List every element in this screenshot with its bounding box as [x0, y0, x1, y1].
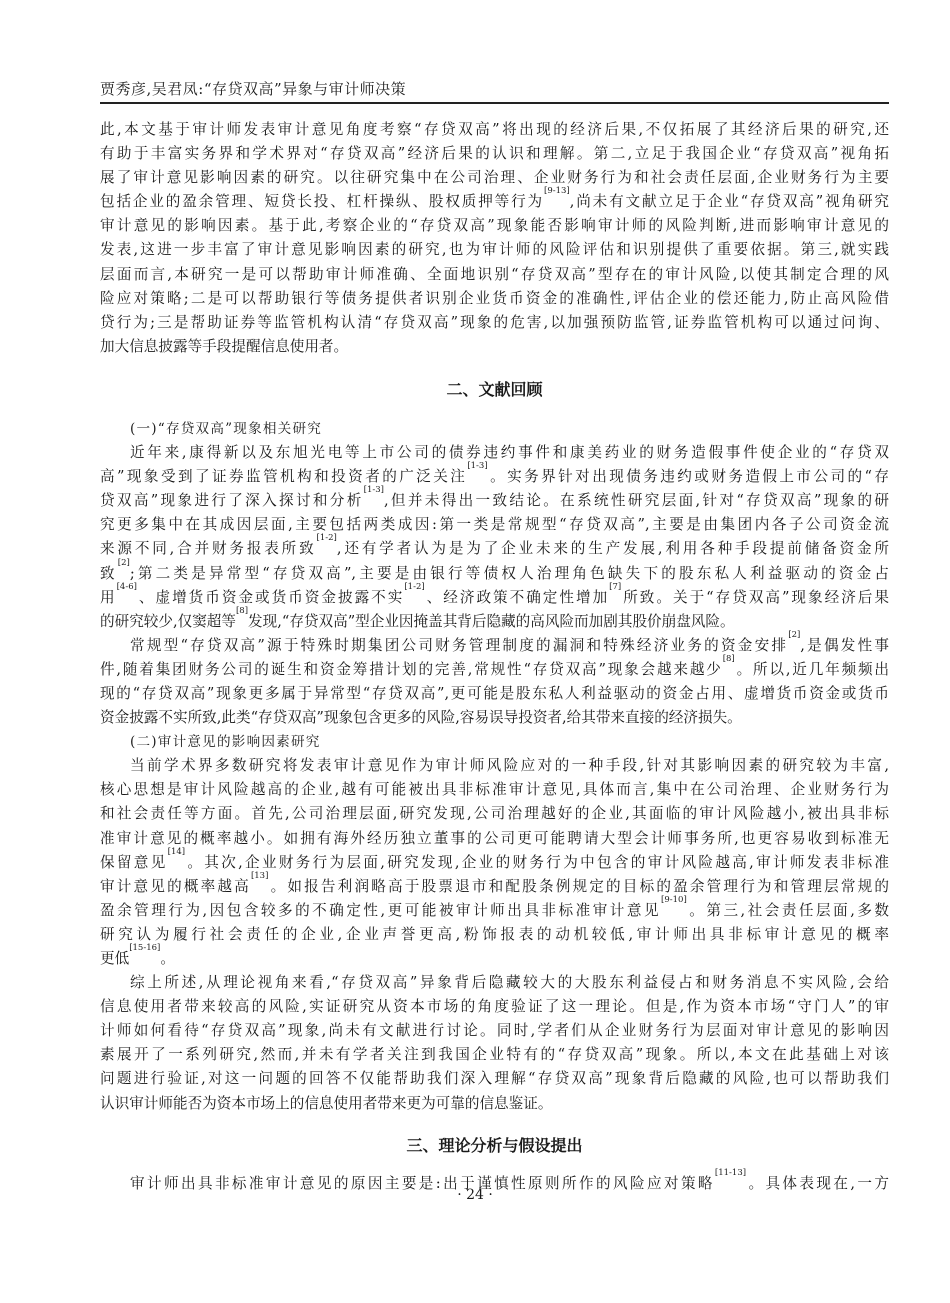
text-line: 核心思想是审计风险越高的企业,越有可能被出具非标准审计意见,具体而言,集中在公司…	[100, 778, 889, 802]
text-line: 研究认为履行社会责任的企业,企业声誉更高,粉饰报表的动机较低,审计师出具非标审计…	[100, 923, 889, 947]
text-line: 究更多集中在其成因层面,主要包括两类成因:第一类是常规型“存贷双高”,主要是由集…	[100, 513, 889, 537]
citation: [8]	[236, 606, 248, 616]
citation: [2]	[118, 558, 130, 568]
citation: [7]	[609, 582, 621, 592]
citation: [13]	[251, 871, 268, 881]
text-line: 包括企业的盈余管理、短贷长投、杠杆操纵、股权质押等行为[9-13],尚未有文献立…	[100, 190, 889, 214]
citation: [2]	[788, 630, 800, 640]
citation: [4-6]	[117, 582, 137, 592]
text-line: 近年来,康得新以及东旭光电等上市公司的债券违约事件和康美药业的财务造假事件使企业…	[100, 441, 889, 465]
text-line: 的研究较少,仅窦超等[8]发现,“存贷双高”型企业因掩盖其背后隐藏的高风险而加剧…	[100, 610, 889, 634]
text-line: 综上所述,从理论视角来看,“存贷双高”异象背后隐藏较大的大股东利益侵占和财务消息…	[100, 971, 889, 995]
section-heading-theory-hypotheses: 三、理论分析与假设提出	[100, 1134, 889, 1158]
text-line: 来源不同,合并财务报表所致[1-2],还有学者认为是为了企业未来的生产发展,利用…	[100, 537, 889, 561]
text-line: 当前学术界多数研究将发表审计意见作为审计师风险应对的一种手段,针对其影响因素的研…	[100, 754, 889, 778]
citation: [1-3]	[467, 461, 487, 471]
paragraph-conventional-type: 常规型“存贷双高”源于特殊时期集团公司财务管理制度的漏洞和特殊经济业务的资金安排…	[100, 634, 889, 730]
text-line: 展了审计意见影响因素的研究。以往研究集中在公司治理、企业财务行为和社会责任层面,…	[100, 166, 889, 190]
text-line: 盈余管理行为,因包含较多的不确定性,更可能被审计师出具非标准审计意见[9-10]…	[100, 899, 889, 923]
text-line: 计师如何看待“存贷双高”现象,尚未有文献进行讨论。同时,学者们从企业财务行为层面…	[100, 1019, 889, 1043]
text-line: 险应对策略;二是可以帮助银行等债务提供者识别企业货币资金的准确性,评估企业的偿还…	[100, 287, 889, 311]
header-rule	[100, 102, 889, 104]
citation: [11-13]	[715, 1168, 746, 1178]
text-line: 更低[15-16]。	[100, 947, 889, 971]
citation: [14]	[168, 847, 185, 857]
text-line: 现的“存贷双高”现象更多属于异常型“存贷双高”,更可能是股东私人利益驱动的资金占…	[100, 682, 889, 706]
article-body: 此,本文基于审计师发表审计意见角度考察“存贷双高”将出现的经济后果,不仅拓展了其…	[100, 118, 889, 1196]
text-line: 加大信息披露等手段提醒信息使用者。	[100, 335, 889, 359]
citation: [9-13]	[544, 186, 570, 196]
running-header: 贾秀彦,吴君凤:“存贷双高”异象与审计师决策	[100, 78, 406, 99]
citation: [15-16]	[129, 943, 160, 953]
text-line: 资金披露不实所致,此类“存贷双高”现象包含更多的风险,容易误导投资者,给其带来直…	[100, 706, 889, 730]
citation: [1-2]	[317, 533, 337, 543]
text-line: 致[2];第二类是异常型“存贷双高”,主要是由银行等债权人治理角色缺失下的股东私…	[100, 562, 889, 586]
text-line: 保留意见[14]。其次,企业财务行为层面,研究发现,企业的财务行为中包含的审计风…	[100, 851, 889, 875]
citation: [1-3]	[364, 485, 384, 495]
paragraph-audit-opinion-factors: 当前学术界多数研究将发表审计意见作为审计师风险应对的一种手段,针对其影响因素的研…	[100, 754, 889, 971]
intro-paragraph: 此,本文基于审计师发表审计意见角度考察“存贷双高”将出现的经济后果,不仅拓展了其…	[100, 118, 889, 359]
text-line: 审计意见的影响因素。基于此,考察企业的“存贷双高”现象能否影响审计师的风险判断,…	[100, 214, 889, 238]
text-line: 件,随着集团财务公司的诞生和资金筹措计划的完善,常规性“存贷双高”现象会越来越少…	[100, 658, 889, 682]
citation: [9-10]	[661, 895, 687, 905]
text-line: 用[4-6]、虚增货币资金或货币资金披露不实[1-2]、经济政策不确定性增加[7…	[100, 586, 889, 610]
section-heading-literature-review: 二、文献回顾	[100, 378, 889, 402]
text-line: 和社会责任等方面。首先,公司治理层面,研究发现,公司治理越好的企业,其面临的审计…	[100, 802, 889, 826]
paragraph-related-research: 近年来,康得新以及东旭光电等上市公司的债券违约事件和康美药业的财务造假事件使企业…	[100, 441, 889, 634]
paper-page: 贾秀彦,吴君凤:“存贷双高”异象与审计师决策 此,本文基于审计师发表审计意见角度…	[0, 0, 950, 1303]
text-line: 贷行为;三是帮助证券等监管机构认清“存贷双高”现象的危害,以加强预防监管,证券监…	[100, 311, 889, 335]
subsection-heading-2: (二)审计意见的影响因素研究	[100, 730, 889, 754]
text-line: 素展开了一系列研究,然而,并未有学者关注到我国企业特有的“存贷双高”现象。所以,…	[100, 1043, 889, 1067]
citation: [8]	[723, 654, 735, 664]
text-line: 层面而言,本研究一是可以帮助审计师准确、全面地识别“存贷双高”型存在的审计风险,…	[100, 263, 889, 287]
text-line: 有助于丰富实务界和学术界对“存贷双高”经济后果的认识和理解。第二,立足于我国企业…	[100, 142, 889, 166]
text-line: 常规型“存贷双高”源于特殊时期集团公司财务管理制度的漏洞和特殊经济业务的资金安排…	[100, 634, 889, 658]
text-line: 准审计意见的概率越小。如拥有海外经历独立董事的公司更可能聘请大型会计师事务所,也…	[100, 827, 889, 851]
text-line: 审计意见的概率越高[13]。如报告利润略高于股票退市和配股条例规定的目标的盈余管…	[100, 875, 889, 899]
text-line: 问题进行验证,对这一问题的回答不仅能帮助我们深入理解“存贷双高”现象背后隐藏的风…	[100, 1067, 889, 1091]
text-line: 认识审计师能否为资本市场上的信息使用者带来更为可靠的信息鉴证。	[100, 1092, 889, 1116]
text-line: 信息使用者带来较高的风险,实证研究从资本市场的角度验证了这一理论。但是,作为资本…	[100, 995, 889, 1019]
text-line: 发表,这进一步丰富了审计意见影响因素的研究,也为审计师的风险评估和识别提供了重要…	[100, 238, 889, 262]
text-line: 贷双高”现象进行了深入探讨和分析[1-3],但并未得出一致结论。在系统性研究层面…	[100, 489, 889, 513]
citation: [1-2]	[404, 582, 424, 592]
text-line: 此,本文基于审计师发表审计意见角度考察“存贷双高”将出现的经济后果,不仅拓展了其…	[100, 118, 889, 142]
page-number: · 24 ·	[0, 1187, 950, 1203]
paragraph-summary: 综上所述,从理论视角来看,“存贷双高”异象背后隐藏较大的大股东利益侵占和财务消息…	[100, 971, 889, 1116]
text-line: 高”现象受到了证券监管机构和投资者的广泛关注[1-3]。实务界针对出现债务违约或…	[100, 465, 889, 489]
subsection-heading-1: (一)“存贷双高”现象相关研究	[100, 417, 889, 441]
